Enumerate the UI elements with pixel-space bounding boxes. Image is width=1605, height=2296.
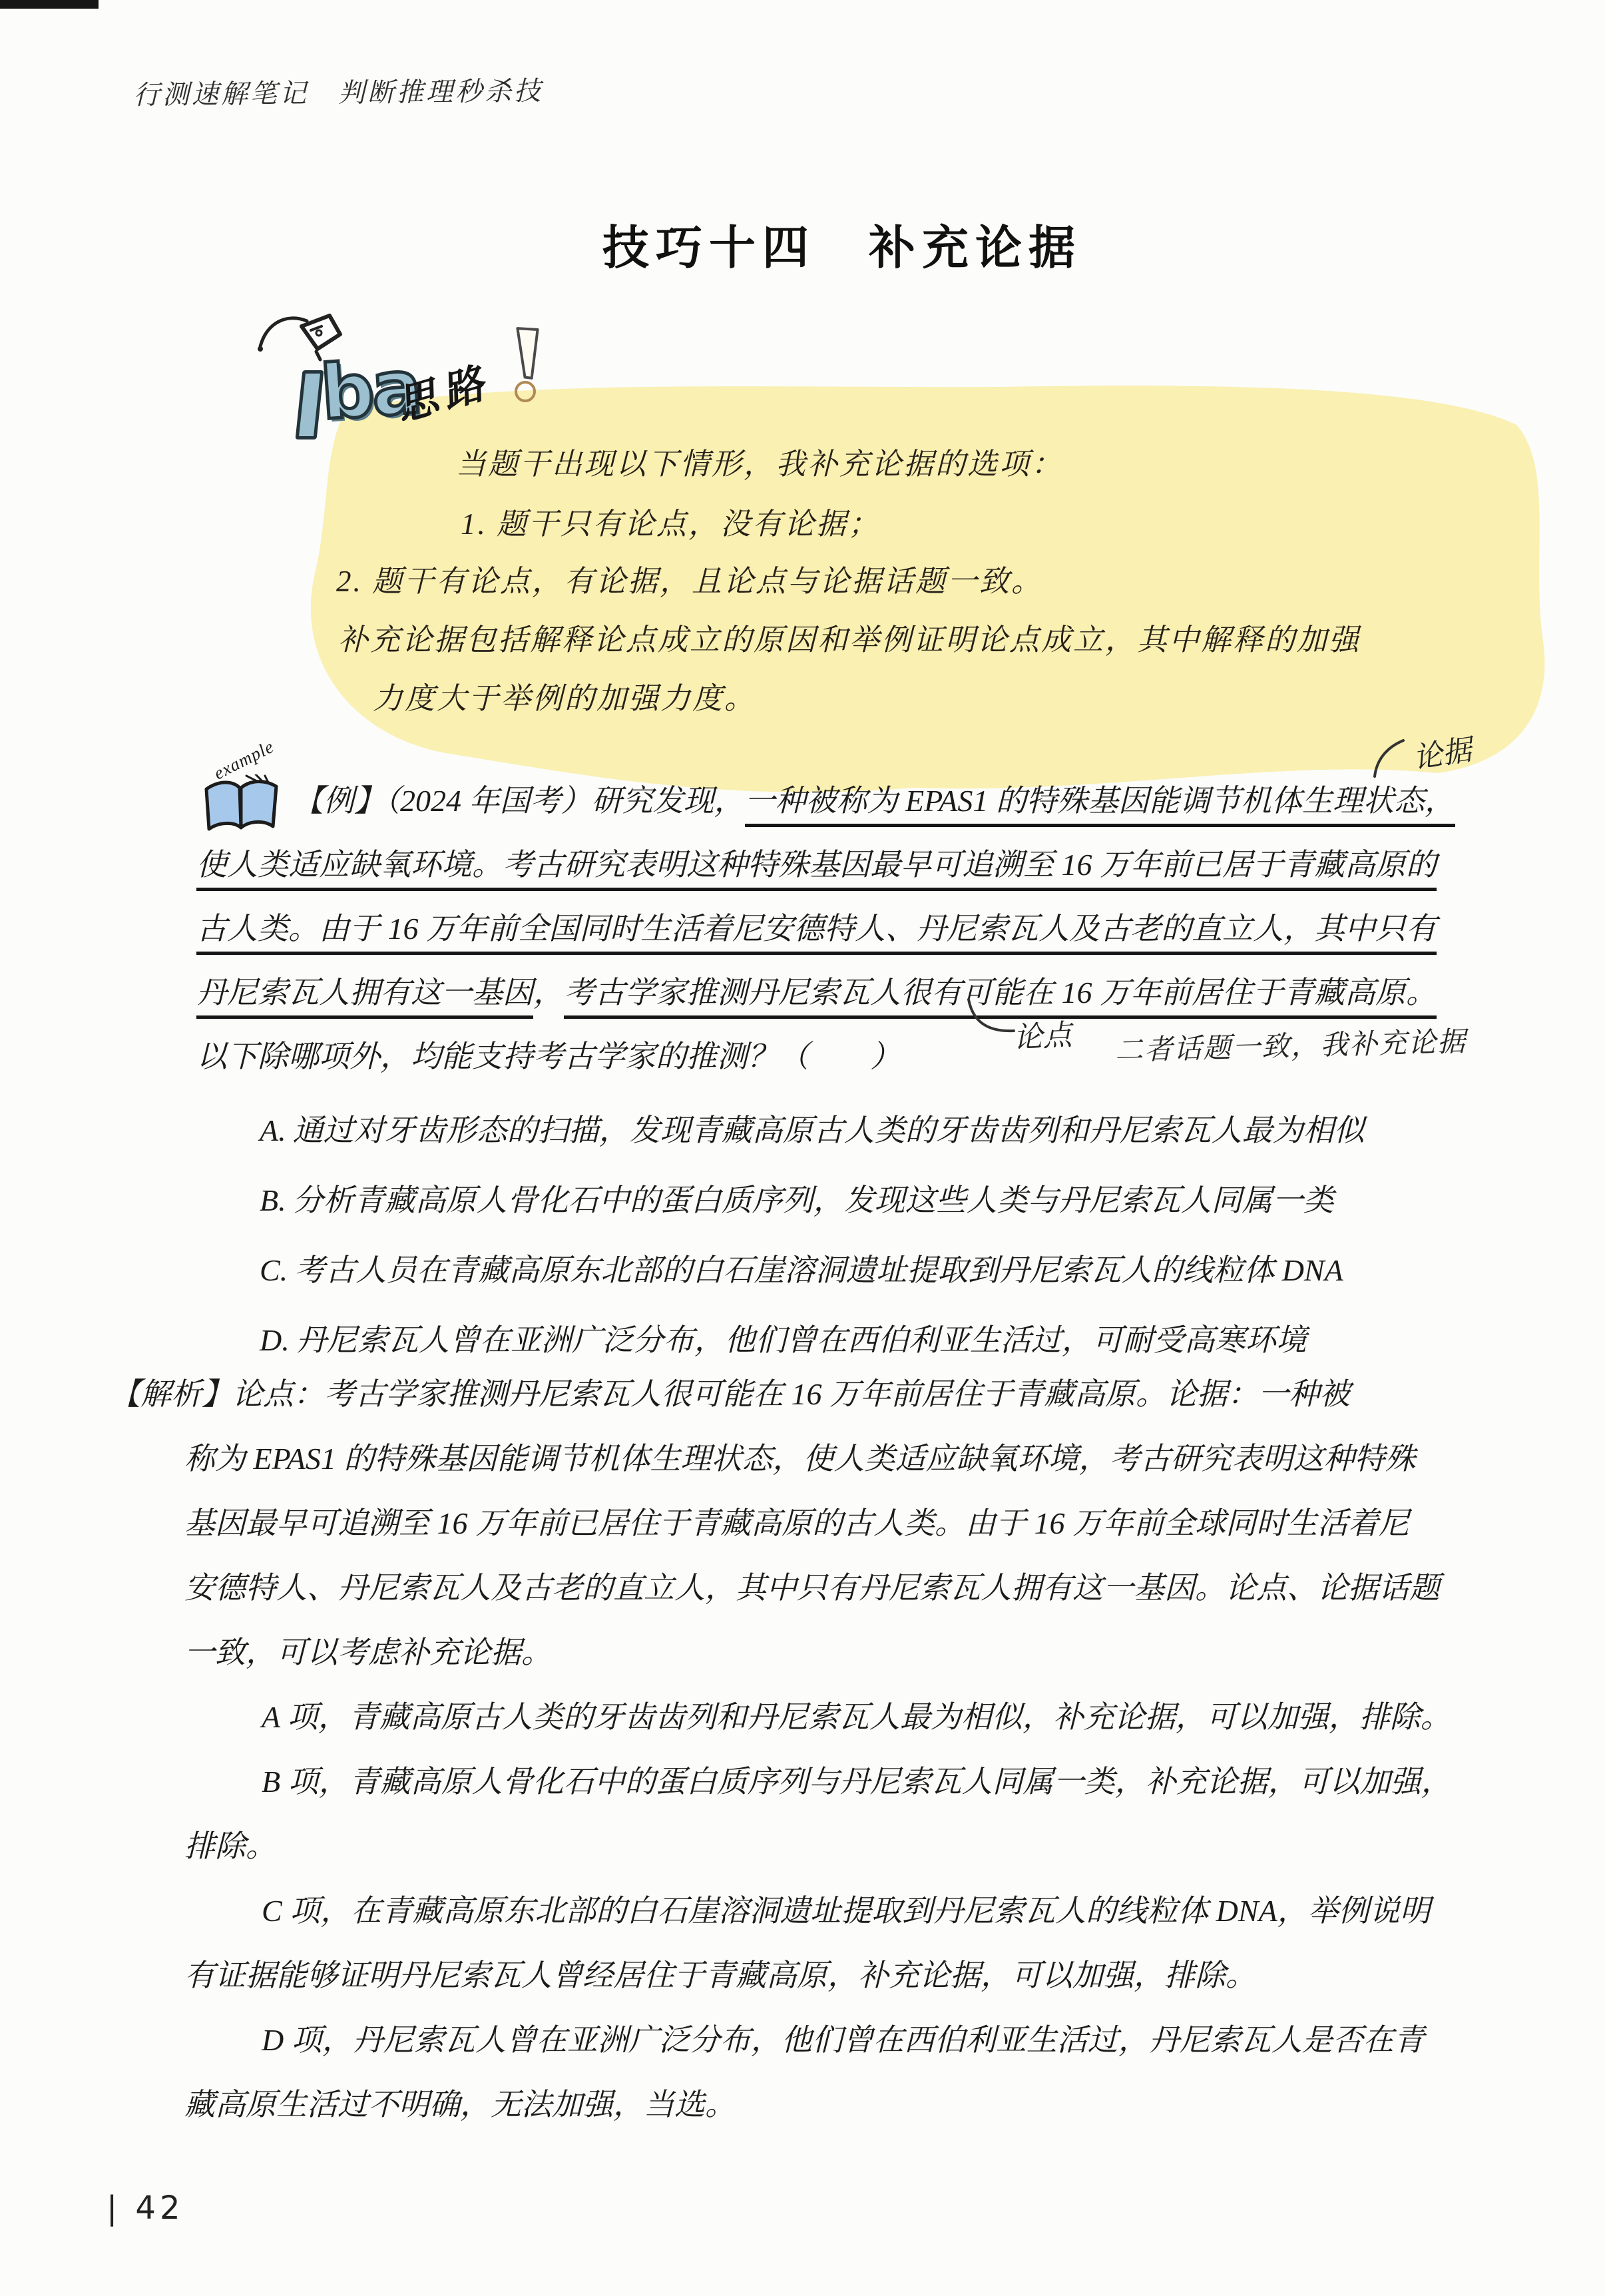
analysis-line: 排除。 bbox=[110, 1814, 1534, 1878]
silu-note-line: 力度大于举例的加强力度。 bbox=[373, 674, 756, 717]
option-list: A.通过对牙齿形态的扫描，发现青藏高原古人类的牙齿齿列和丹尼索瓦人最为相似 B.… bbox=[196, 1095, 1534, 1375]
analysis-line: 称为 EPAS1 的特殊基因能调节机体生理状态，使人类适应缺氧环境，考古研究表明… bbox=[110, 1426, 1534, 1491]
option-row-c: C.考古人员在青藏高原东北部的白石崖溶洞遗址提取到丹尼索瓦人的线粒体 DNA bbox=[196, 1235, 1534, 1305]
scan-edge-artifact bbox=[0, 0, 99, 9]
silu-note-line: 补充论据包括解释论点成立的原因和举例证明论点成立，其中解释的加强 bbox=[338, 615, 1361, 659]
running-header: 行测速解笔记 判断推理秒杀技 bbox=[133, 70, 544, 112]
analysis-line: 【解析】论点：考古学家推测丹尼索瓦人很可能在 16 万年前居住于青藏高原。论据：… bbox=[110, 1362, 1534, 1426]
question-text: 以下除哪项外，均能支持考古学家的推测？（ ） bbox=[196, 1039, 901, 1073]
example-underline-1: 一种被称为 EPAS1 的特殊基因能调节机体生理状态， bbox=[745, 784, 1455, 827]
analysis-section: 【解析】论点：考古学家推测丹尼索瓦人很可能在 16 万年前居住于青藏高原。论据：… bbox=[110, 1362, 1534, 2137]
option-row-a: A.通过对牙齿形态的扫描，发现青藏高原古人类的牙齿齿列和丹尼索瓦人最为相似 bbox=[196, 1095, 1534, 1165]
example-line-1: 【例】（2024 年国考）研究发现，一种被称为 EPAS1 的特殊基因能调节机体… bbox=[196, 769, 1534, 833]
option-text: 丹尼索瓦人曾在亚洲广泛分布，他们曾在西伯利亚生活过，可耐受高寒环境 bbox=[296, 1323, 1307, 1357]
silu-note-line: 2. 题干有论点，有论据，且论点与论据话题一致。 bbox=[336, 557, 1043, 600]
analysis-line: 藏高原生活过不明确，无法加强，当选。 bbox=[110, 2072, 1534, 2137]
annotation-evidence-label: 论据 bbox=[1410, 726, 1475, 777]
analysis-line: 一致，可以考虑补充论据。 bbox=[110, 1620, 1534, 1685]
exclamation-doodle-icon bbox=[505, 324, 555, 410]
option-row-b: B.分析青藏高原人骨化石中的蛋白质序列，发现这些人类与丹尼索瓦人同属一类 bbox=[196, 1165, 1534, 1235]
option-text: 考古人员在青藏高原东北部的白石崖溶洞遗址提取到丹尼索瓦人的线粒体 DNA bbox=[294, 1253, 1343, 1287]
option-label: D. bbox=[260, 1323, 290, 1357]
example-line-2: 使人类适应缺氧环境。考古研究表明这种特殊基因最早可追溯至 16 万年前已居于青藏… bbox=[196, 833, 1534, 897]
option-text: 通过对牙齿形态的扫描，发现青藏高原古人类的牙齿齿列和丹尼索瓦人最为相似 bbox=[293, 1113, 1365, 1147]
example-intro: 【例】（2024 年国考）研究发现， bbox=[293, 784, 745, 818]
analysis-line: C 项，在青藏高原东北部的白石崖溶洞遗址提取到丹尼索瓦人的线粒体 DNA，举例说… bbox=[110, 1878, 1534, 1943]
option-label: C. bbox=[260, 1253, 288, 1287]
example-line-3: 古人类。由于 16 万年前全国同时生活着尼安德特人、丹尼索瓦人及古老的直立人，其… bbox=[196, 897, 1534, 961]
analysis-line: 有证据能够证明丹尼索瓦人曾经居住于青藏高原，补充论据，可以加强，排除。 bbox=[110, 1943, 1534, 2008]
analysis-line: B 项，青藏高原人骨化石中的蛋白质序列与丹尼索瓦人同属一类，补充论据，可以加强， bbox=[110, 1749, 1534, 1814]
example-line-4: 丹尼索瓦人拥有这一基因，考古学家推测丹尼索瓦人很有可能在 16 万年前居住于青藏… bbox=[196, 961, 1534, 1025]
analysis-line: 安德特人、丹尼索瓦人及古老的直立人，其中只有丹尼索瓦人拥有这一基因。论点、论据话… bbox=[110, 1556, 1534, 1620]
page-title: 技巧十四 补充论据 bbox=[602, 210, 1082, 278]
option-text: 分析青藏高原人骨化石中的蛋白质序列，发现这些人类与丹尼索瓦人同属一类 bbox=[293, 1183, 1334, 1217]
silu-note-line: 1. 题干只有论点，没有论据； bbox=[461, 499, 880, 543]
analysis-line: D 项，丹尼索瓦人曾在亚洲广泛分布，他们曾在西伯利亚生活过，丹尼索瓦人是否在青 bbox=[110, 2008, 1534, 2072]
analysis-line: 基因最早可追溯至 16 万年前已居住于青藏高原的古人类。由于 16 万年前全球同… bbox=[110, 1491, 1534, 1556]
workbook-page: 行测速解笔记 判断推理秒杀技 技巧十四 补充论据 ba 思路 当题干出现以下情形… bbox=[0, 0, 1605, 2296]
example-underline-evidence-end: 丹尼索瓦人拥有这一基因 bbox=[196, 976, 533, 1019]
option-label: A. bbox=[260, 1113, 286, 1147]
silu-note-line: 当题干出现以下情形，我补充论据的选项： bbox=[456, 439, 1063, 483]
page-number: | 42 bbox=[107, 2189, 184, 2227]
analysis-line: A 项，青藏高原古人类的牙齿齿列和丹尼索瓦人最为相似，补充论据，可以加强，排除。 bbox=[110, 1685, 1534, 1749]
option-label: B. bbox=[260, 1183, 286, 1217]
annotation-claim-label: 论点 bbox=[1012, 1011, 1072, 1057]
